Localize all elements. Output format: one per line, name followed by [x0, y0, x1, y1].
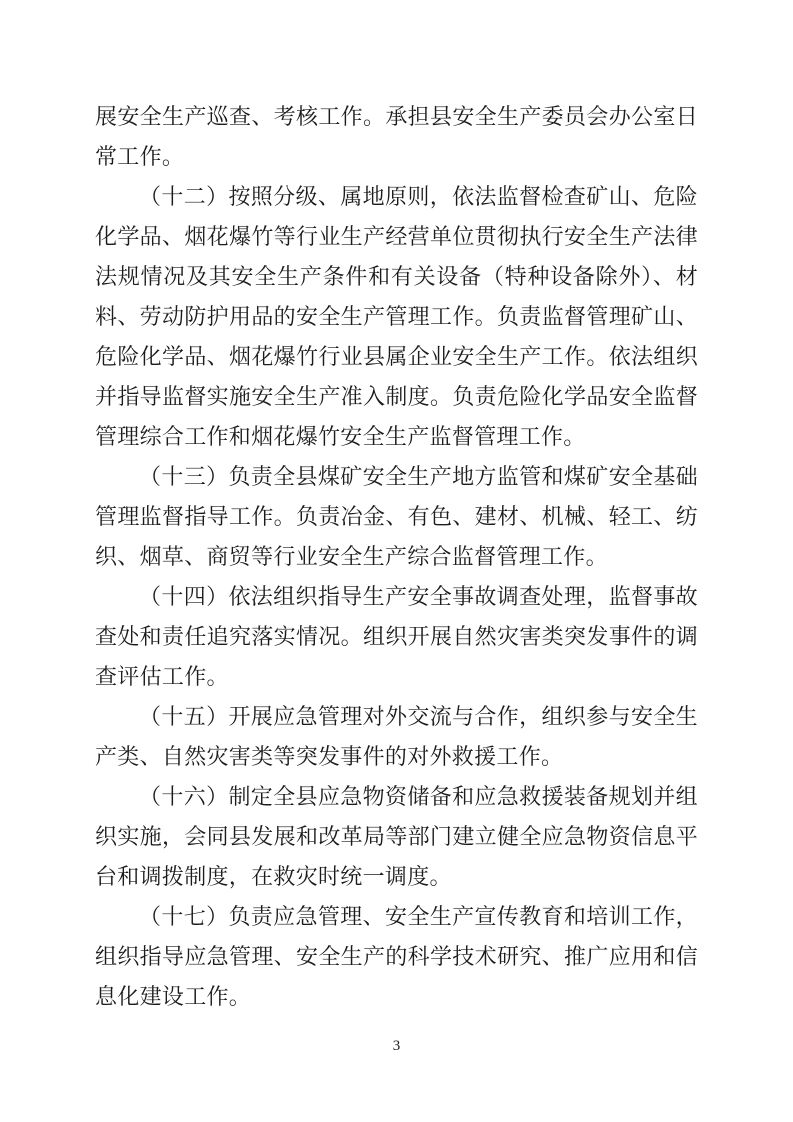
paragraph-continuation: 展安全生产巡查、考核工作。承担县安全生产委员会办公室日常工作。: [95, 97, 698, 177]
document-page: 展安全生产巡查、考核工作。承担县安全生产委员会办公室日常工作。 （十二）按照分级…: [0, 0, 793, 1122]
paragraph-item-14: （十四）依法组织指导生产安全事故调查处理，监督事故查处和责任追究落实情况。组织开…: [95, 577, 698, 697]
page-number: 3: [0, 1037, 793, 1055]
paragraph-item-12: （十二）按照分级、属地原则，依法监督检查矿山、危险化学品、烟花爆竹等行业生产经营…: [95, 177, 698, 457]
paragraph-item-17: （十七）负责应急管理、安全生产宣传教育和培训工作，组织指导应急管理、安全生产的科…: [95, 897, 698, 1017]
paragraph-item-13: （十三）负责全县煤矿安全生产地方监管和煤矿安全基础管理监督指导工作。负责冶金、有…: [95, 457, 698, 577]
document-body: 展安全生产巡查、考核工作。承担县安全生产委员会办公室日常工作。 （十二）按照分级…: [95, 97, 698, 1017]
paragraph-item-15: （十五）开展应急管理对外交流与合作，组织参与安全生产类、自然灾害类等突发事件的对…: [95, 697, 698, 777]
paragraph-item-16: （十六）制定全县应急物资储备和应急救援装备规划并组织实施，会同县发展和改革局等部…: [95, 777, 698, 897]
